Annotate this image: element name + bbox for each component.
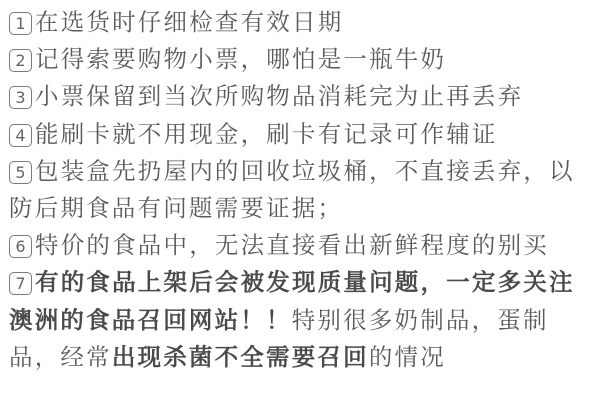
circled-number-6: 6 bbox=[9, 235, 32, 258]
shopping-tips-document: 1在选货时仔细检查有效日期 2记得索要购物小票，哪怕是一瓶牛奶 3小票保留到当次… bbox=[9, 4, 599, 376]
tip-emphasis-text: 出现杀菌不全需要召回 bbox=[112, 343, 369, 371]
tip-item-4: 4能刷卡就不用现金，刷卡有记录可作辅证 bbox=[9, 116, 599, 153]
circled-number-5: 5 bbox=[9, 161, 32, 184]
tip-item-6: 6特价的食品中，无法直接看出新鲜程度的别买 bbox=[9, 227, 599, 264]
circled-number-4: 4 bbox=[9, 124, 32, 147]
tip-item-1: 1在选货时仔细检查有效日期 bbox=[9, 4, 599, 41]
tip-text: 小票保留到当次所购物品消耗完为止再丢弃 bbox=[35, 82, 523, 110]
circled-number-2: 2 bbox=[9, 49, 32, 72]
tip-text: 能刷卡就不用现金，刷卡有记录可作辅证 bbox=[35, 120, 498, 148]
tip-text: 记得索要购物小票，哪怕是一瓶牛奶 bbox=[35, 45, 446, 73]
circled-number-3: 3 bbox=[9, 86, 32, 109]
tip-text: 特价的食品中，无法直接看出新鲜程度的别买 bbox=[35, 231, 549, 259]
tip-text: 包装盒先扔屋内的回收垃圾桶，不直接丢弃，以防后期食品有问题需要证据； bbox=[9, 157, 575, 222]
tip-text: 在选货时仔细检查有效日期 bbox=[35, 8, 343, 36]
circled-number-7: 7 bbox=[9, 272, 32, 295]
tip-item-7: 7有的食品上架后会被发现质量问题，一定多关注澳洲的食品召回网站！！特别很多奶制品… bbox=[9, 264, 599, 376]
circled-number-1: 1 bbox=[9, 12, 32, 35]
tip-item-3: 3小票保留到当次所购物品消耗完为止再丢弃 bbox=[9, 78, 599, 115]
tip-item-5: 5包装盒先扔屋内的回收垃圾桶，不直接丢弃，以防后期食品有问题需要证据； bbox=[9, 153, 599, 227]
tip-item-2: 2记得索要购物小票，哪怕是一瓶牛奶 bbox=[9, 41, 599, 78]
tip-text: 的情况 bbox=[369, 343, 446, 371]
